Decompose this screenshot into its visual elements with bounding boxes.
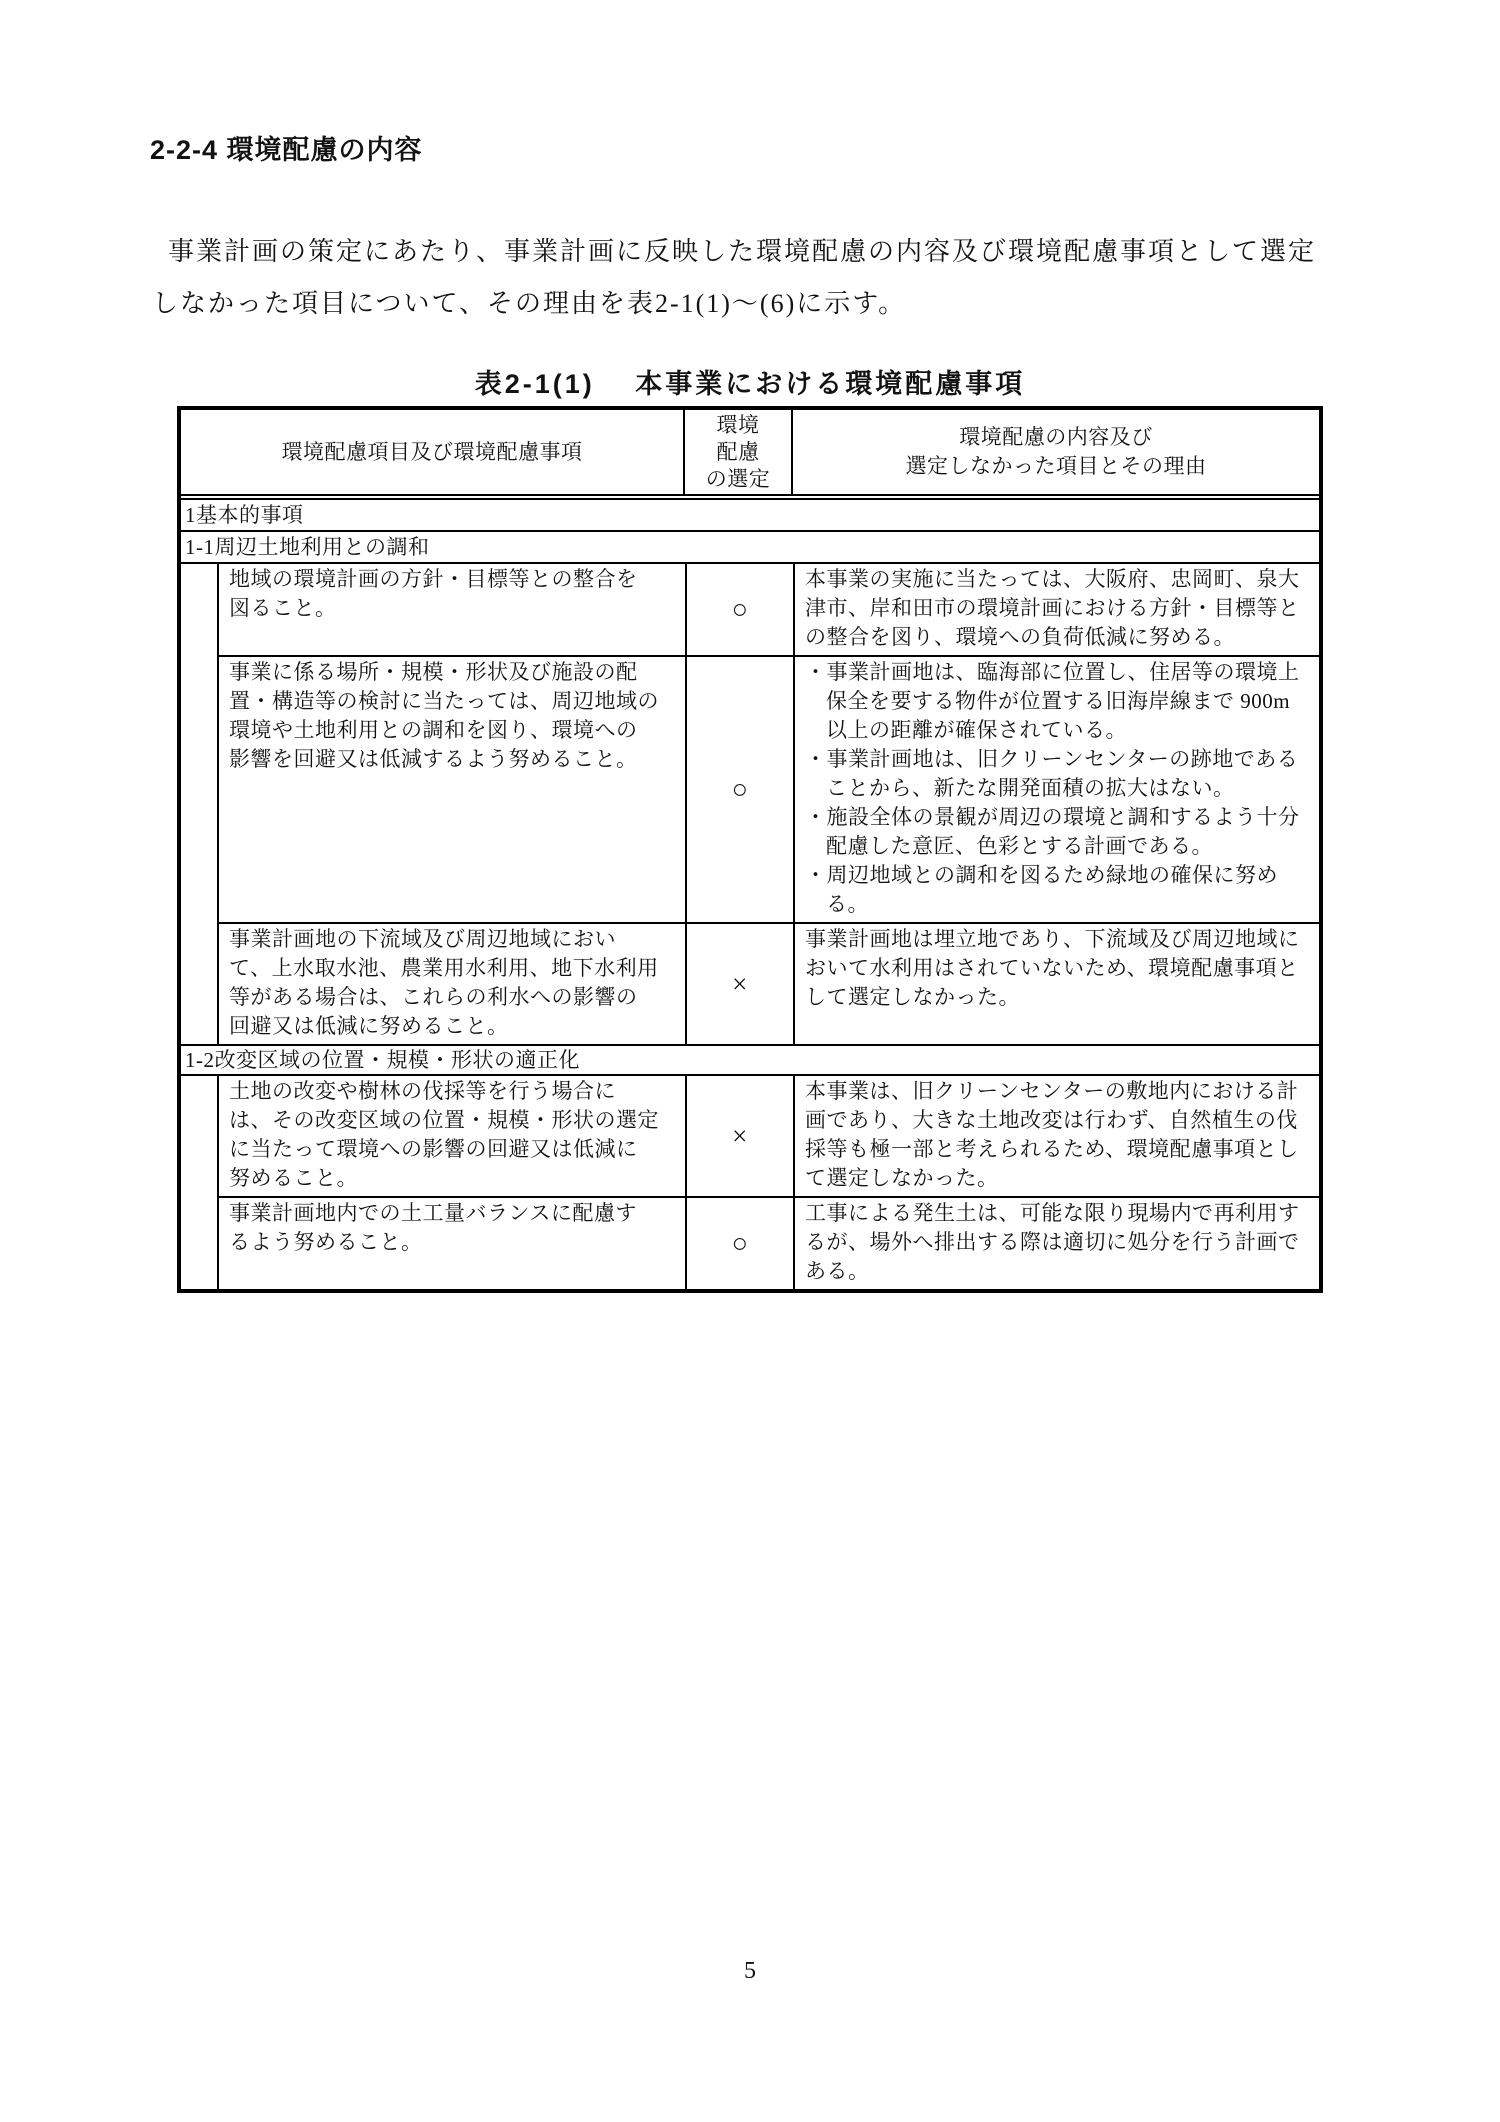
intro-paragraph: 事業計画の策定にあたり、事業計画に反映した環境配慮の内容及び環境配慮事項として選… — [152, 226, 1362, 330]
table-header-row: 環境配慮項目及び環境配慮事項 環境 配慮 の選定 環境配慮の内容及び 選定しなか… — [181, 410, 1319, 500]
reason-cell: 工事による発生土は、可能な限り現場内で再利用す るが、場外へ排出する際は適切に処… — [795, 1198, 1319, 1289]
section-heading-row: 1基本的事項 — [181, 500, 1319, 532]
reason-bullet: ・事業計画地は、旧クリーンセンターの跡地である ことから、新たな開発面積の拡大は… — [805, 745, 1311, 803]
table-row: 地域の環境計画の方針・目標等との整合を 図ること。○本事業の実施に当たっては、大… — [219, 564, 1319, 655]
item-cell: 土地の改変や樹林の伐採等を行う場合に は、その改変区域の位置・規模・形状の選定 … — [219, 1076, 685, 1196]
table-row: 事業計画地の下流域及び周辺地域におい て、上水取水池、農業用水利用、地下水利用 … — [219, 922, 1319, 1044]
indent-gutter — [181, 1076, 219, 1289]
reason-cell: 事業計画地は埋立地であり、下流域及び周辺地域に おいて水利用はされていないため、… — [795, 924, 1319, 1044]
section-heading-row: 1-2改変区域の位置・規模・形状の適正化 — [181, 1044, 1319, 1076]
section-rows: 土地の改変や樹林の伐採等を行う場合に は、その改変区域の位置・規模・形状の選定 … — [219, 1076, 1319, 1289]
reason-text: 工事による発生土は、可能な限り現場内で再利用す るが、場外へ排出する際は適切に処… — [805, 1199, 1311, 1286]
section-rows: 地域の環境計画の方針・目標等との整合を 図ること。○本事業の実施に当たっては、大… — [219, 564, 1319, 1044]
selection-cell: × — [685, 924, 795, 1044]
reason-text: 本事業の実施に当たっては、大阪府、忠岡町、泉大 津市、岸和田市の環境計画における… — [805, 565, 1311, 652]
selection-cell: × — [685, 1076, 795, 1196]
intro-line-1: 事業計画の策定にあたり、事業計画に反映した環境配慮の内容及び環境配慮事項として選… — [152, 226, 1362, 278]
reason-cell: 本事業は、旧クリーンセンターの敷地内における計 画であり、大きな土地改変は行わず… — [795, 1076, 1319, 1196]
item-cell: 事業計画地内での土工量バランスに配慮す るよう努めること。 — [219, 1198, 685, 1289]
selection-cell: ○ — [685, 564, 795, 655]
page-number: 5 — [0, 1958, 1500, 1985]
section-heading-row: 1-1周辺土地利用との調和 — [181, 532, 1319, 564]
environment-consideration-table: 環境配慮項目及び環境配慮事項 環境 配慮 の選定 環境配慮の内容及び 選定しなか… — [177, 406, 1323, 1293]
section-items: 地域の環境計画の方針・目標等との整合を 図ること。○本事業の実施に当たっては、大… — [181, 564, 1319, 1044]
table-title: 表2-1(1) 本事業における環境配慮事項 — [0, 362, 1500, 401]
item-cell: 事業計画地の下流域及び周辺地域におい て、上水取水池、農業用水利用、地下水利用 … — [219, 924, 685, 1044]
reason-text: 本事業は、旧クリーンセンターの敷地内における計 画であり、大きな土地改変は行わず… — [805, 1077, 1311, 1193]
section-items: 土地の改変や樹林の伐採等を行う場合に は、その改変区域の位置・規模・形状の選定 … — [181, 1076, 1319, 1289]
table-row: 事業に係る場所・規模・形状及び施設の配 置・構造等の検討に当たっては、周辺地域の… — [219, 655, 1319, 922]
indent-gutter — [181, 564, 219, 1044]
item-cell: 地域の環境計画の方針・目標等との整合を 図ること。 — [219, 564, 685, 655]
reason-bullet: ・周辺地域との調和を図るため緑地の確保に努め る。 — [805, 861, 1311, 919]
reason-bullet: ・事業計画地は、臨海部に位置し、住居等の環境上 保全を要する物件が位置する旧海岸… — [805, 658, 1311, 745]
table-body: 1基本的事項1-1周辺土地利用との調和地域の環境計画の方針・目標等との整合を 図… — [181, 500, 1319, 1289]
item-cell: 事業に係る場所・規模・形状及び施設の配 置・構造等の検討に当たっては、周辺地域の… — [219, 657, 685, 922]
header-cell-item: 環境配慮項目及び環境配慮事項 — [181, 410, 685, 494]
table-row: 土地の改変や樹林の伐採等を行う場合に は、その改変区域の位置・規模・形状の選定 … — [219, 1076, 1319, 1196]
reason-cell: ・事業計画地は、臨海部に位置し、住居等の環境上 保全を要する物件が位置する旧海岸… — [795, 657, 1319, 922]
reason-bullet: ・施設全体の景観が周辺の環境と調和するよう十分 配慮した意匠、色彩とする計画であ… — [805, 803, 1311, 861]
section-heading: 2-2-4 環境配慮の内容 — [150, 128, 423, 167]
selection-cell: ○ — [685, 657, 795, 922]
header-cell-reason: 環境配慮の内容及び 選定しなかった項目とその理由 — [793, 410, 1319, 494]
table-row: 事業計画地内での土工量バランスに配慮す るよう努めること。○工事による発生土は、… — [219, 1196, 1319, 1289]
reason-text: 事業計画地は埋立地であり、下流域及び周辺地域に おいて水利用はされていないため、… — [805, 925, 1311, 1012]
header-cell-selection: 環境 配慮 の選定 — [685, 410, 793, 494]
reason-cell: 本事業の実施に当たっては、大阪府、忠岡町、泉大 津市、岸和田市の環境計画における… — [795, 564, 1319, 655]
selection-cell: ○ — [685, 1198, 795, 1289]
intro-line-2: しなかった項目について、その理由を表2-1(1)～(6)に示す。 — [152, 278, 1362, 330]
